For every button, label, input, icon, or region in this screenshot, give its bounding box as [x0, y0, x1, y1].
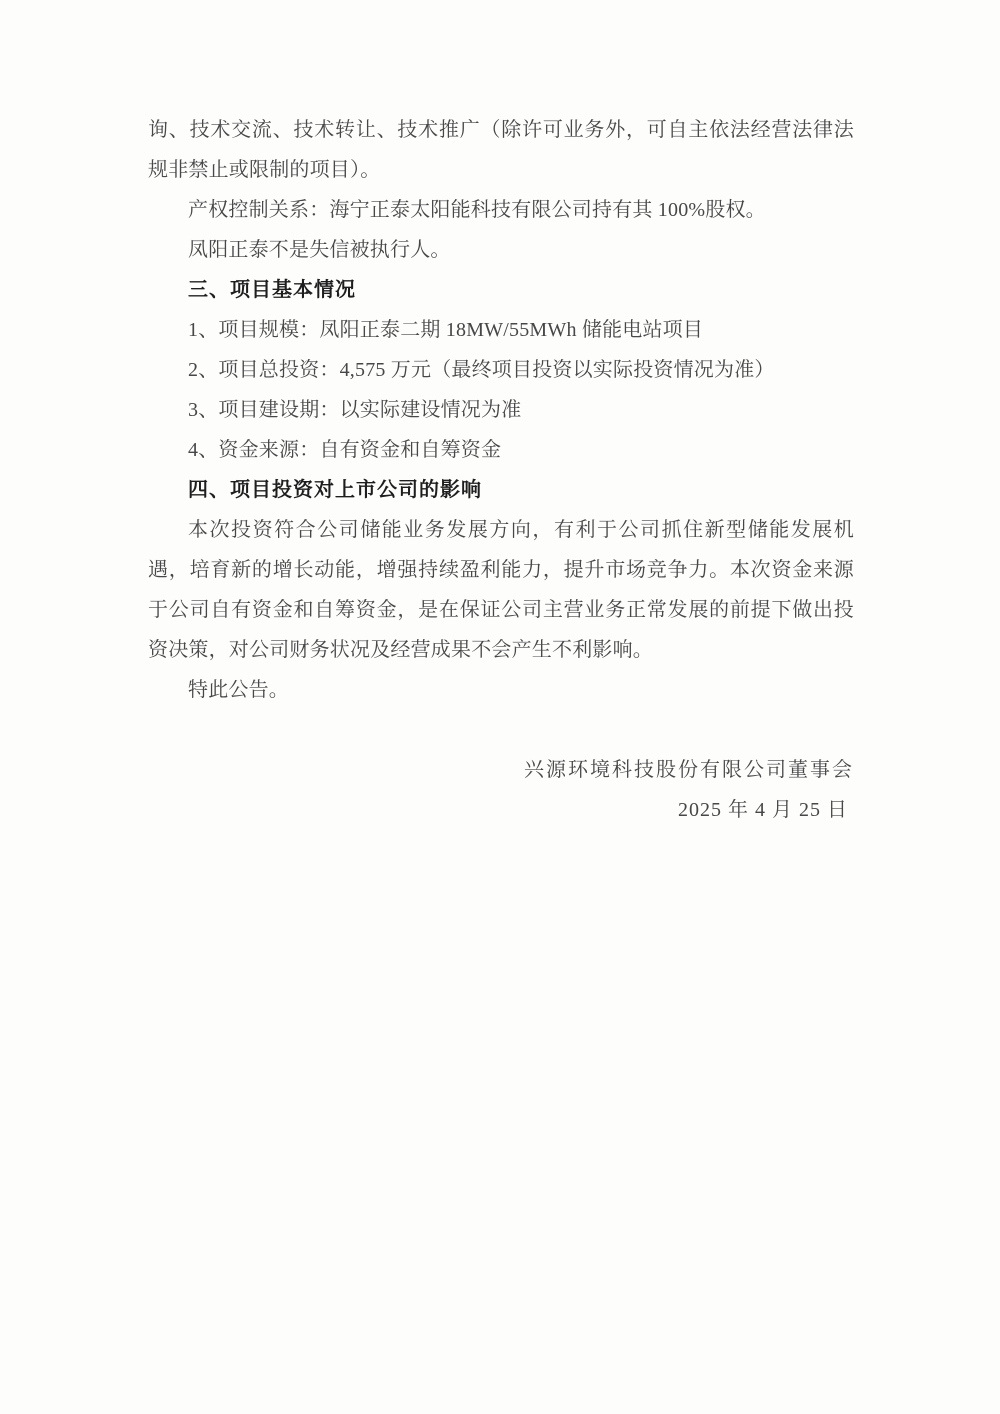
closing-statement: 特此公告。 — [148, 670, 854, 710]
announcement-body: 询、技术交流、技术转让、技术推广（除许可业务外，可自主依法经营法律法规非禁止或限… — [148, 110, 854, 830]
signature-date: 2025 年 4 月 25 日 — [148, 790, 854, 830]
ownership-paragraph: 产权控制关系：海宁正泰太阳能科技有限公司持有其 100%股权。 — [148, 190, 854, 230]
continuation-paragraph: 询、技术交流、技术转让、技术推广（除许可业务外，可自主依法经营法律法规非禁止或限… — [148, 110, 854, 190]
project-scale-item: 1、项目规模：凤阳正泰二期 18MW/55MWh 储能电站项目 — [148, 310, 854, 350]
funding-source-item: 4、资金来源：自有资金和自筹资金 — [148, 430, 854, 470]
project-investment-item: 2、项目总投资：4,575 万元（最终项目投资以实际投资情况为准） — [148, 350, 854, 390]
project-construction-item: 3、项目建设期：以实际建设情况为准 — [148, 390, 854, 430]
impact-paragraph: 本次投资符合公司储能业务发展方向，有利于公司抓住新型储能发展机遇，培育新的增长动… — [148, 510, 854, 670]
section3-heading: 三、项目基本情况 — [148, 270, 854, 310]
document-page: 询、技术交流、技术转让、技术推广（除许可业务外，可自主依法经营法律法规非禁止或限… — [0, 0, 1000, 1414]
section4-heading: 四、项目投资对上市公司的影响 — [148, 470, 854, 510]
signature-company: 兴源环境科技股份有限公司董事会 — [148, 750, 854, 790]
credit-status-paragraph: 凤阳正泰不是失信被执行人。 — [148, 230, 854, 270]
